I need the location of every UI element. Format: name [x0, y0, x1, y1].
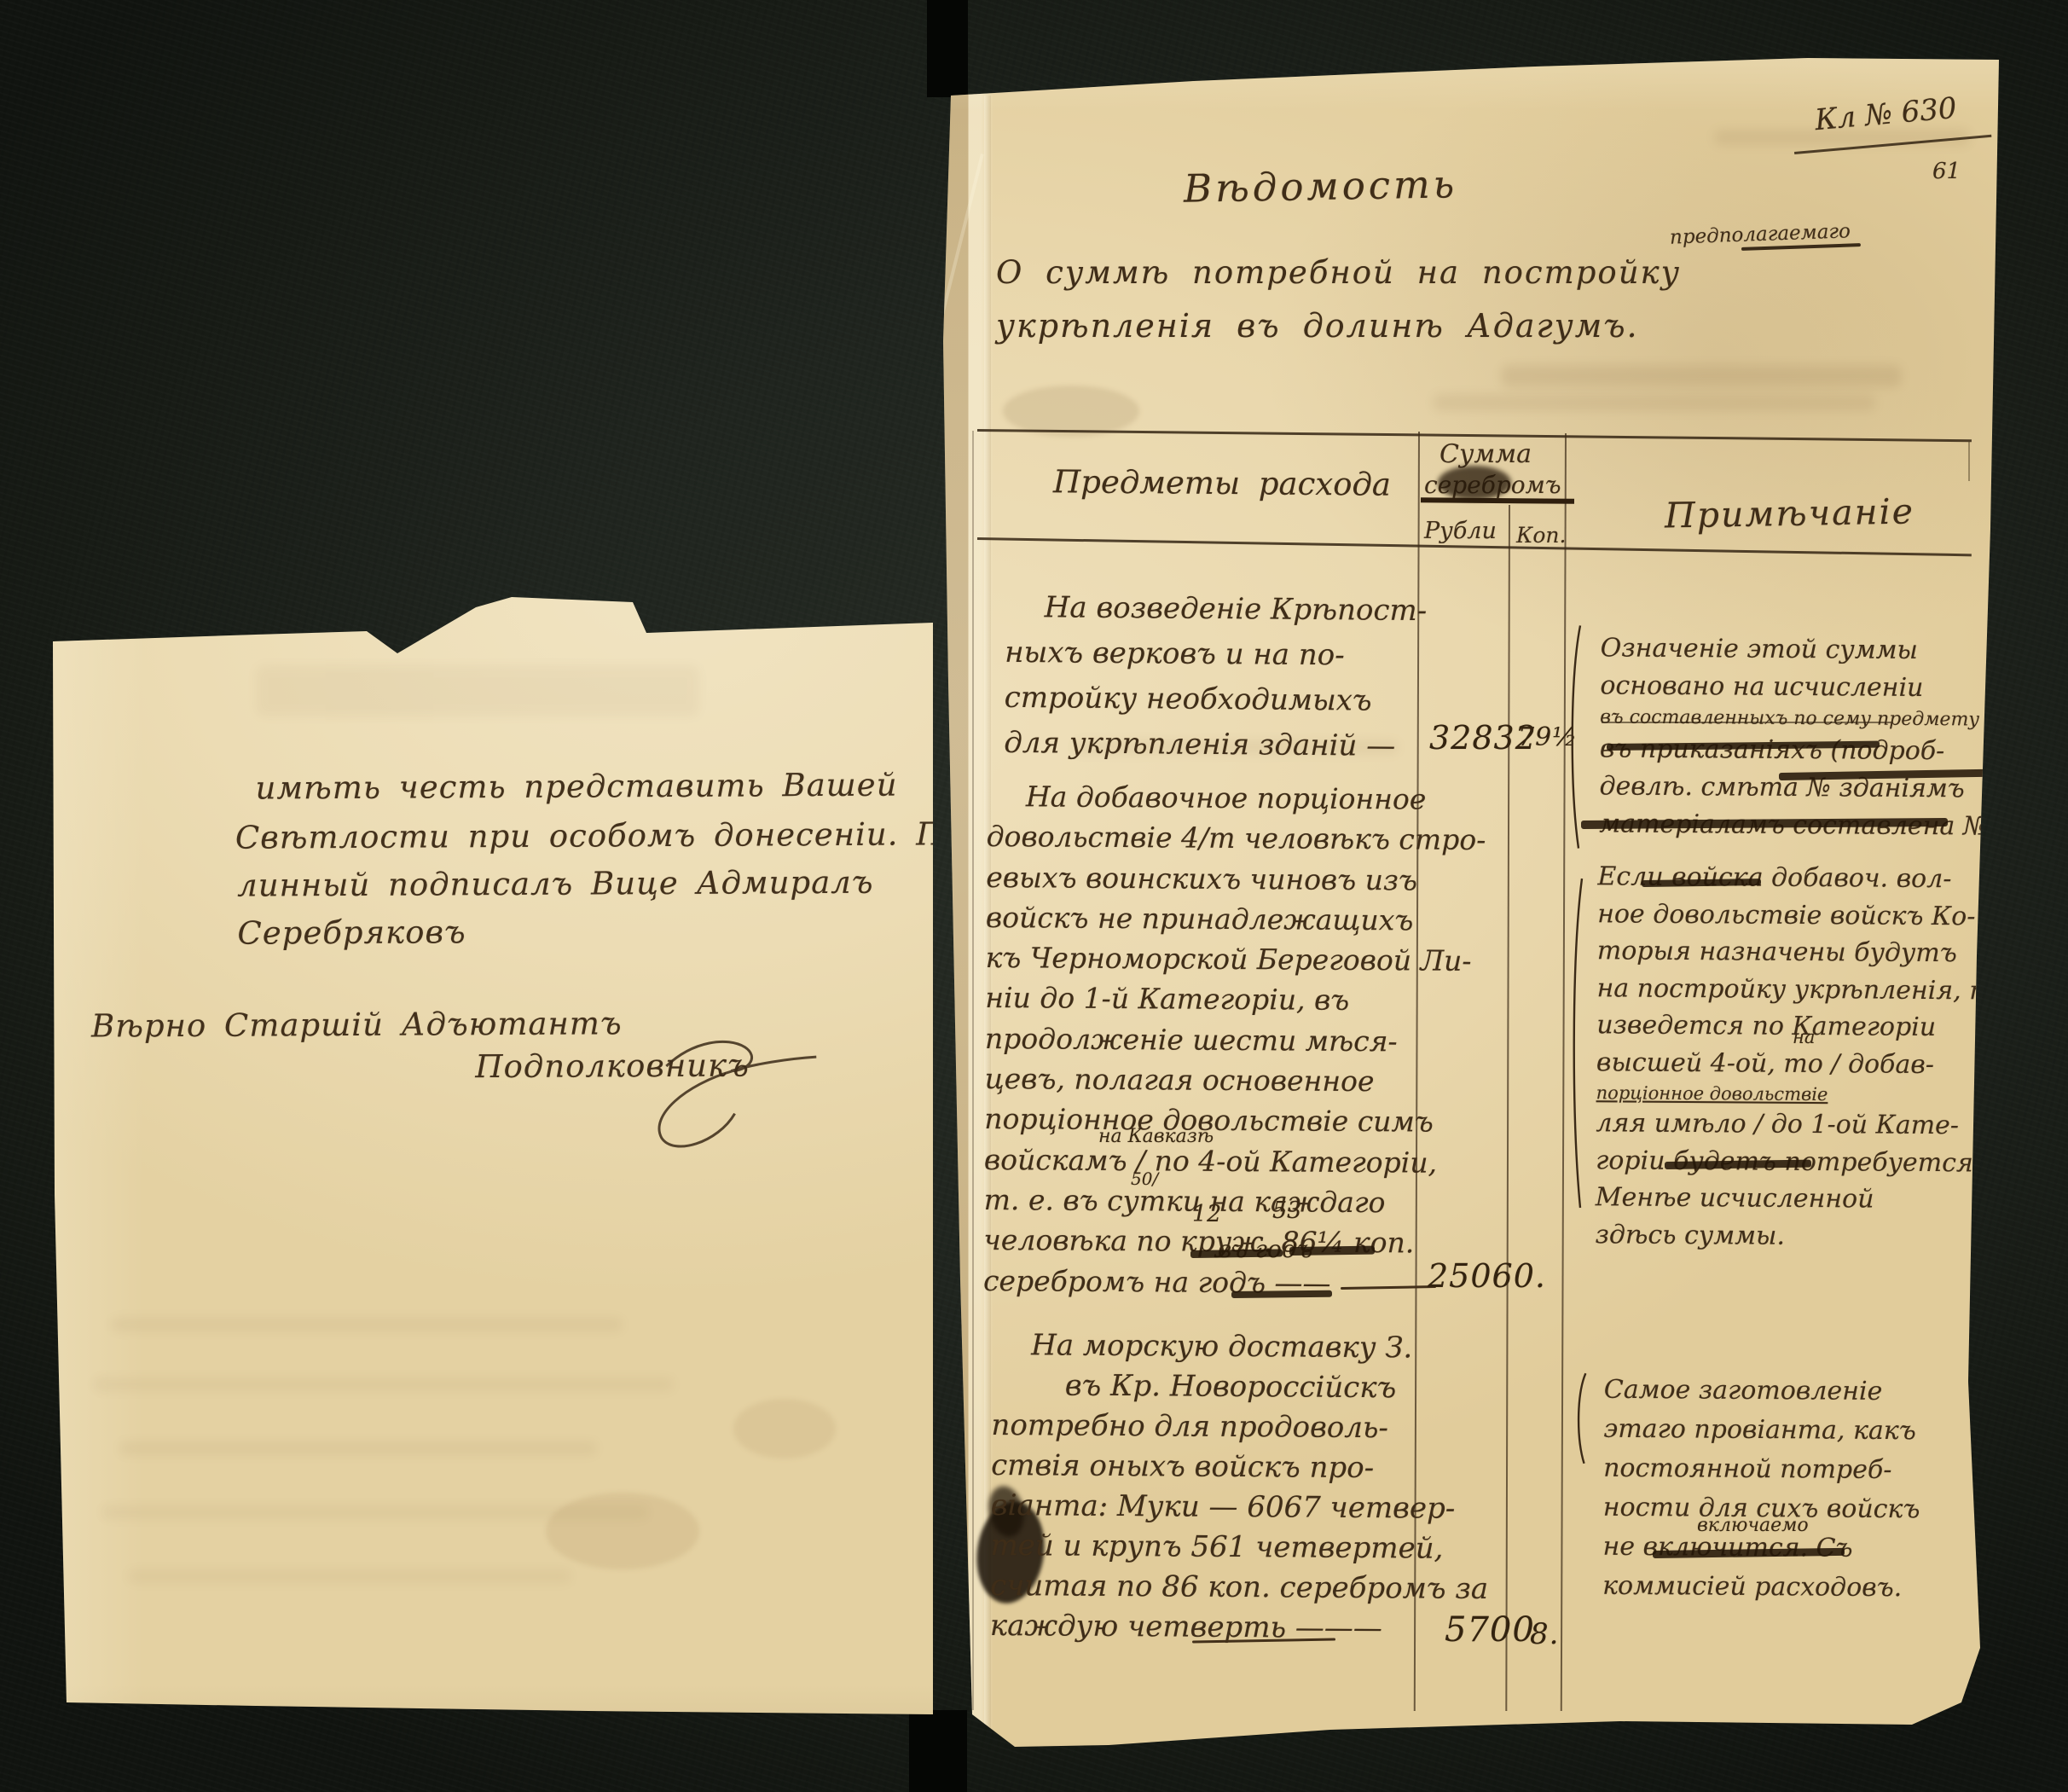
text-line: считая по 86 коп. серебромъ за [990, 1566, 1488, 1609]
row1-note-text: Означеніе этой суммы основано на исчисле… [1599, 629, 1996, 845]
note-brace [1569, 872, 1584, 1215]
text-line: торыя назначены будутъ [1597, 932, 2027, 972]
row2-expense-text: На добавочное порціонное довольствіе 4/т… [983, 776, 1486, 1304]
header-rubles: Рубли [1424, 518, 1497, 544]
strikethrough-mark [1190, 1249, 1283, 1258]
text-line: довольствіе 4/т человѣкъ стро- [986, 816, 1486, 860]
text-line: Менѣе исчисленной [1596, 1179, 2025, 1219]
text-line: на постройку укрѣпленія, про- [1596, 970, 2026, 1010]
header-sum-line1: Сумма [1439, 439, 1532, 469]
text-line: ляя имѣло / до 1-ой Кате- [1596, 1105, 2025, 1145]
row2-note-text: Если войска добавоч. вол- ное довольстві… [1595, 858, 2027, 1256]
superscript-insert: 50/ [1131, 1169, 1158, 1189]
superscript-insert: на Кавказѣ [1098, 1126, 1214, 1147]
text-line: На возведеніе Крѣпост- [1005, 585, 1427, 634]
table-right-tick [1968, 442, 1970, 481]
header-expense: Предметы расхода [1053, 463, 1391, 502]
letter-line: линный подписалъ Вице Адмиралъ [237, 864, 873, 904]
text-line: въ Кр. Новороссійскъ [992, 1366, 1490, 1409]
text-line: потребно для продоволь- [991, 1406, 1489, 1449]
column-divider-rub-kop [1505, 505, 1510, 1711]
letter-line: Вѣрно Старшій Адъютантъ [91, 1005, 623, 1044]
text-line: основано на исчисленіи [1600, 667, 1996, 707]
text-line: порціонное довольствіе [1596, 1081, 2026, 1108]
row1-expense-text: На возведеніе Крѣпост- ныхъ верковъ и на… [1004, 585, 1427, 769]
superscript-correction: 53 [1272, 1198, 1301, 1224]
note-brace [1567, 621, 1583, 853]
text-line: порціонное довольствіе симъ [984, 1099, 1484, 1142]
text-line: къ Черноморской Береговой Ли- [986, 937, 1486, 981]
subtitle-line1: О суммѣ потребной на постройку [996, 254, 1681, 291]
text-line: постоянной потреб- [1603, 1449, 1920, 1491]
letter-line: Серебряковъ [237, 913, 466, 951]
text-line: войскъ не принадлежащихъ [986, 897, 1486, 941]
text-line: продолженіе шести мѣся- [985, 1018, 1485, 1062]
text-line: На морскую доставку З. [992, 1325, 1490, 1369]
row3-kopecks-amount: 8. [1530, 1617, 1559, 1651]
text-line: этаго провіанта, какъ [1603, 1410, 1920, 1452]
text-line: высшей 4-ой, то / добав- [1596, 1044, 2026, 1084]
text-line: евыхъ воинскихъ чиновъ изъ [986, 857, 1486, 901]
row2-rubles-amount: 25060. [1428, 1257, 1546, 1295]
superscript-insert: на [1793, 1027, 1815, 1047]
letter-line: имѣть честь представить Вашей [255, 767, 897, 807]
row3-rubles-amount: 5700 [1445, 1610, 1535, 1650]
row3-expense-text: На морскую доставку З. въ Кр. Новороссій… [990, 1325, 1491, 1650]
text-line: для укрѣпленія зданій — [1004, 721, 1426, 769]
text-line: т. е. въ сутки на каждаго [984, 1180, 1484, 1223]
diagonal-crease [894, 154, 983, 502]
ink-smudge [1438, 466, 1511, 500]
superscript-insert: включаемо [1697, 1515, 1809, 1536]
binding-gap-top [927, 0, 968, 97]
text-line: въ приказаніяхъ (подроб- [1600, 730, 1996, 770]
row3-note-text: Самое заготовленіе этаго провіанта, какъ… [1602, 1371, 1920, 1609]
text-line: каждую четверть ——— [990, 1606, 1488, 1650]
text-line: На добавочное порціонное [987, 776, 1486, 820]
document-title: Вѣдомость [1184, 161, 1458, 212]
archival-scan: имѣть честь представить Вашей Свѣтлости … [0, 0, 2068, 1792]
header-note: Примѣчаніе [1665, 490, 1915, 536]
text-line: стройку необходимыхъ [1005, 676, 1427, 724]
text-line: цевъ, полагая основенное [985, 1058, 1485, 1102]
letter-line: Свѣтлости при особомъ донесеніи. Под- [235, 815, 997, 856]
bleedthrough-smear [1501, 365, 1902, 387]
text-line: коммисіей расходовъ. [1602, 1567, 1920, 1609]
binding-gap-bottom [909, 1710, 967, 1792]
text-line: ствія оныхъ войскъ про- [991, 1446, 1489, 1489]
table-left-border [972, 431, 974, 1710]
text-line: войскамъ / по 4-ой Категоріи, [984, 1140, 1484, 1183]
text-line: Самое заготовленіе [1604, 1371, 1921, 1412]
page-number: 61 [1932, 159, 1961, 184]
superscript-correction: 12 [1192, 1201, 1221, 1227]
note-brace [1574, 1372, 1588, 1465]
text-line: тей и крупъ 561 четвертей, [990, 1526, 1488, 1569]
bleedthrough-smear [1433, 394, 1876, 411]
text-line: віанта: Муки — 6067 четвер- [991, 1486, 1489, 1529]
subtitle-line2: укрѣпленія въ долинѣ Адагумъ. [996, 307, 1639, 345]
text-line: ное довольствіе войскъ Ко- [1597, 896, 2027, 936]
strikethrough-mark [1231, 1290, 1332, 1298]
text-line: Означеніе этой суммы [1601, 629, 1997, 670]
column-divider-sum-right [1561, 433, 1567, 1711]
text-line: въ составленныхъ по сему предмету [1600, 705, 1996, 733]
signature [634, 1031, 848, 1160]
strikethrough-mark [1289, 1246, 1375, 1256]
header-kopecks: Коп. [1516, 523, 1566, 548]
text-line: Если войска добавоч. вол- [1597, 858, 2027, 898]
text-line: ніи до 1-й Категоріи, въ [985, 977, 1485, 1021]
text-line: здѣсь суммы. [1595, 1216, 2025, 1256]
insert-underline [1602, 722, 1891, 723]
text-line: ныхъ верковъ и на по- [1005, 630, 1427, 679]
